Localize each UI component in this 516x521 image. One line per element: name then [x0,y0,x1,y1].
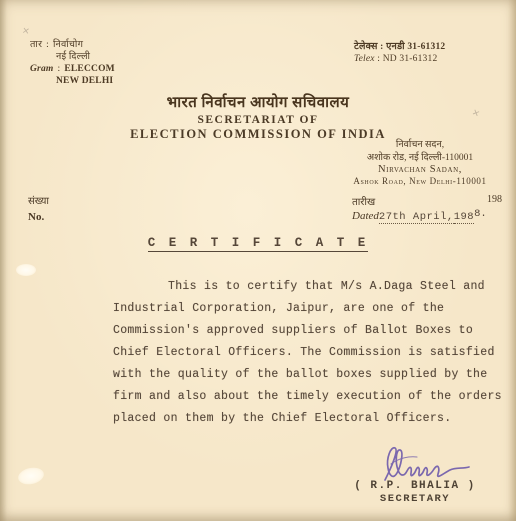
telex-label-english: Telex [354,54,375,64]
dated-typed-year-digit: 8. [474,208,487,220]
certificate-body: This is to certify that M/s A.Daga Steel… [113,276,473,430]
address-hindi-line1: निर्वाचन सदन, [330,137,510,150]
body-line: This is to certify that M/s A.Daga Steel… [113,276,473,298]
dated-printed-year: 198 [454,211,474,224]
signatory-name: ( R.P. BHALIA ) [330,480,500,492]
address-english-line2: Ashok Road, New Delhi-110001 [330,176,510,186]
certificate-title: C E R T I F I C A T E [148,236,369,252]
certificate-title-block: C E R T I F I C A T E [0,233,516,252]
body-line: with the quality of the ballot boxes sup… [113,364,473,386]
address-english-line1: Nirvachan Sadan, [330,164,510,175]
certificate-page: ✕ ✕ तार : निर्वाचोग नई दिल्ली Gram : ELE… [0,0,516,521]
dated-typed-value: 27th April, [379,211,454,224]
signatory-title: SECRETARY [330,493,500,505]
address-hindi-line2: अशोक रोड, नई दिल्ली-110001 [330,150,510,163]
body-line: placed on them by the Chief Electoral Of… [113,408,473,430]
body-line: Commission's approved suppliers of Ballo… [113,320,473,342]
body-line: Chief Electoral Officers. The Commission… [113,342,473,364]
date-label-hindi: तारीख [352,194,375,208]
body-line: firm and also about the timely execution… [113,386,473,408]
handwritten-signature-icon [355,444,475,484]
date-block: तारीख 198 Dated27th April,1988. [352,194,502,223]
organisation-heading: भारत निर्वाचन आयोग सचिवालय SECRETARIAT O… [0,92,516,142]
dated-label: Dated [352,210,379,222]
date-printed-year: 198 [487,194,502,208]
gram-value-english-line2: NEW DELHI [30,76,115,88]
number-label-hindi: संख्या [28,194,49,209]
pencil-mark: ✕ [21,25,30,37]
gram-label-hindi: तार [30,40,42,52]
org-name-hindi: भारत निर्वाचन आयोग सचिवालय [0,92,516,112]
body-line: Industrial Corporation, Jaipur, are one … [113,298,473,320]
org-name-english-line1: SECRETARIAT OF [0,114,516,126]
paper-blemish [17,465,46,486]
gram-label-english: Gram [30,64,54,76]
signature-block: ( R.P. BHALIA ) SECRETARY [330,444,500,505]
gram-value-english: ELECCOM [64,64,115,76]
telex-hindi: टेलेक्स : एनडी 31-61312 [354,42,445,54]
gram-value-hindi: निर्वाचोग [53,40,83,52]
paper-blemish [16,264,36,276]
telex-block: टेलेक्स : एनडी 31-61312 Telex : ND 31-61… [354,42,445,66]
telex-value-english: : ND 31-61312 [377,54,437,64]
gram-address-block: तार : निर्वाचोग नई दिल्ली Gram : ELECCOM… [30,40,115,88]
reference-number-block: संख्या No. [28,194,49,226]
number-label-english: No. [28,209,49,226]
office-address-block: निर्वाचन सदन, अशोक रोड, नई दिल्ली-110001… [330,137,510,186]
gram-value-hindi-line2: नई दिल्ली [30,52,115,64]
